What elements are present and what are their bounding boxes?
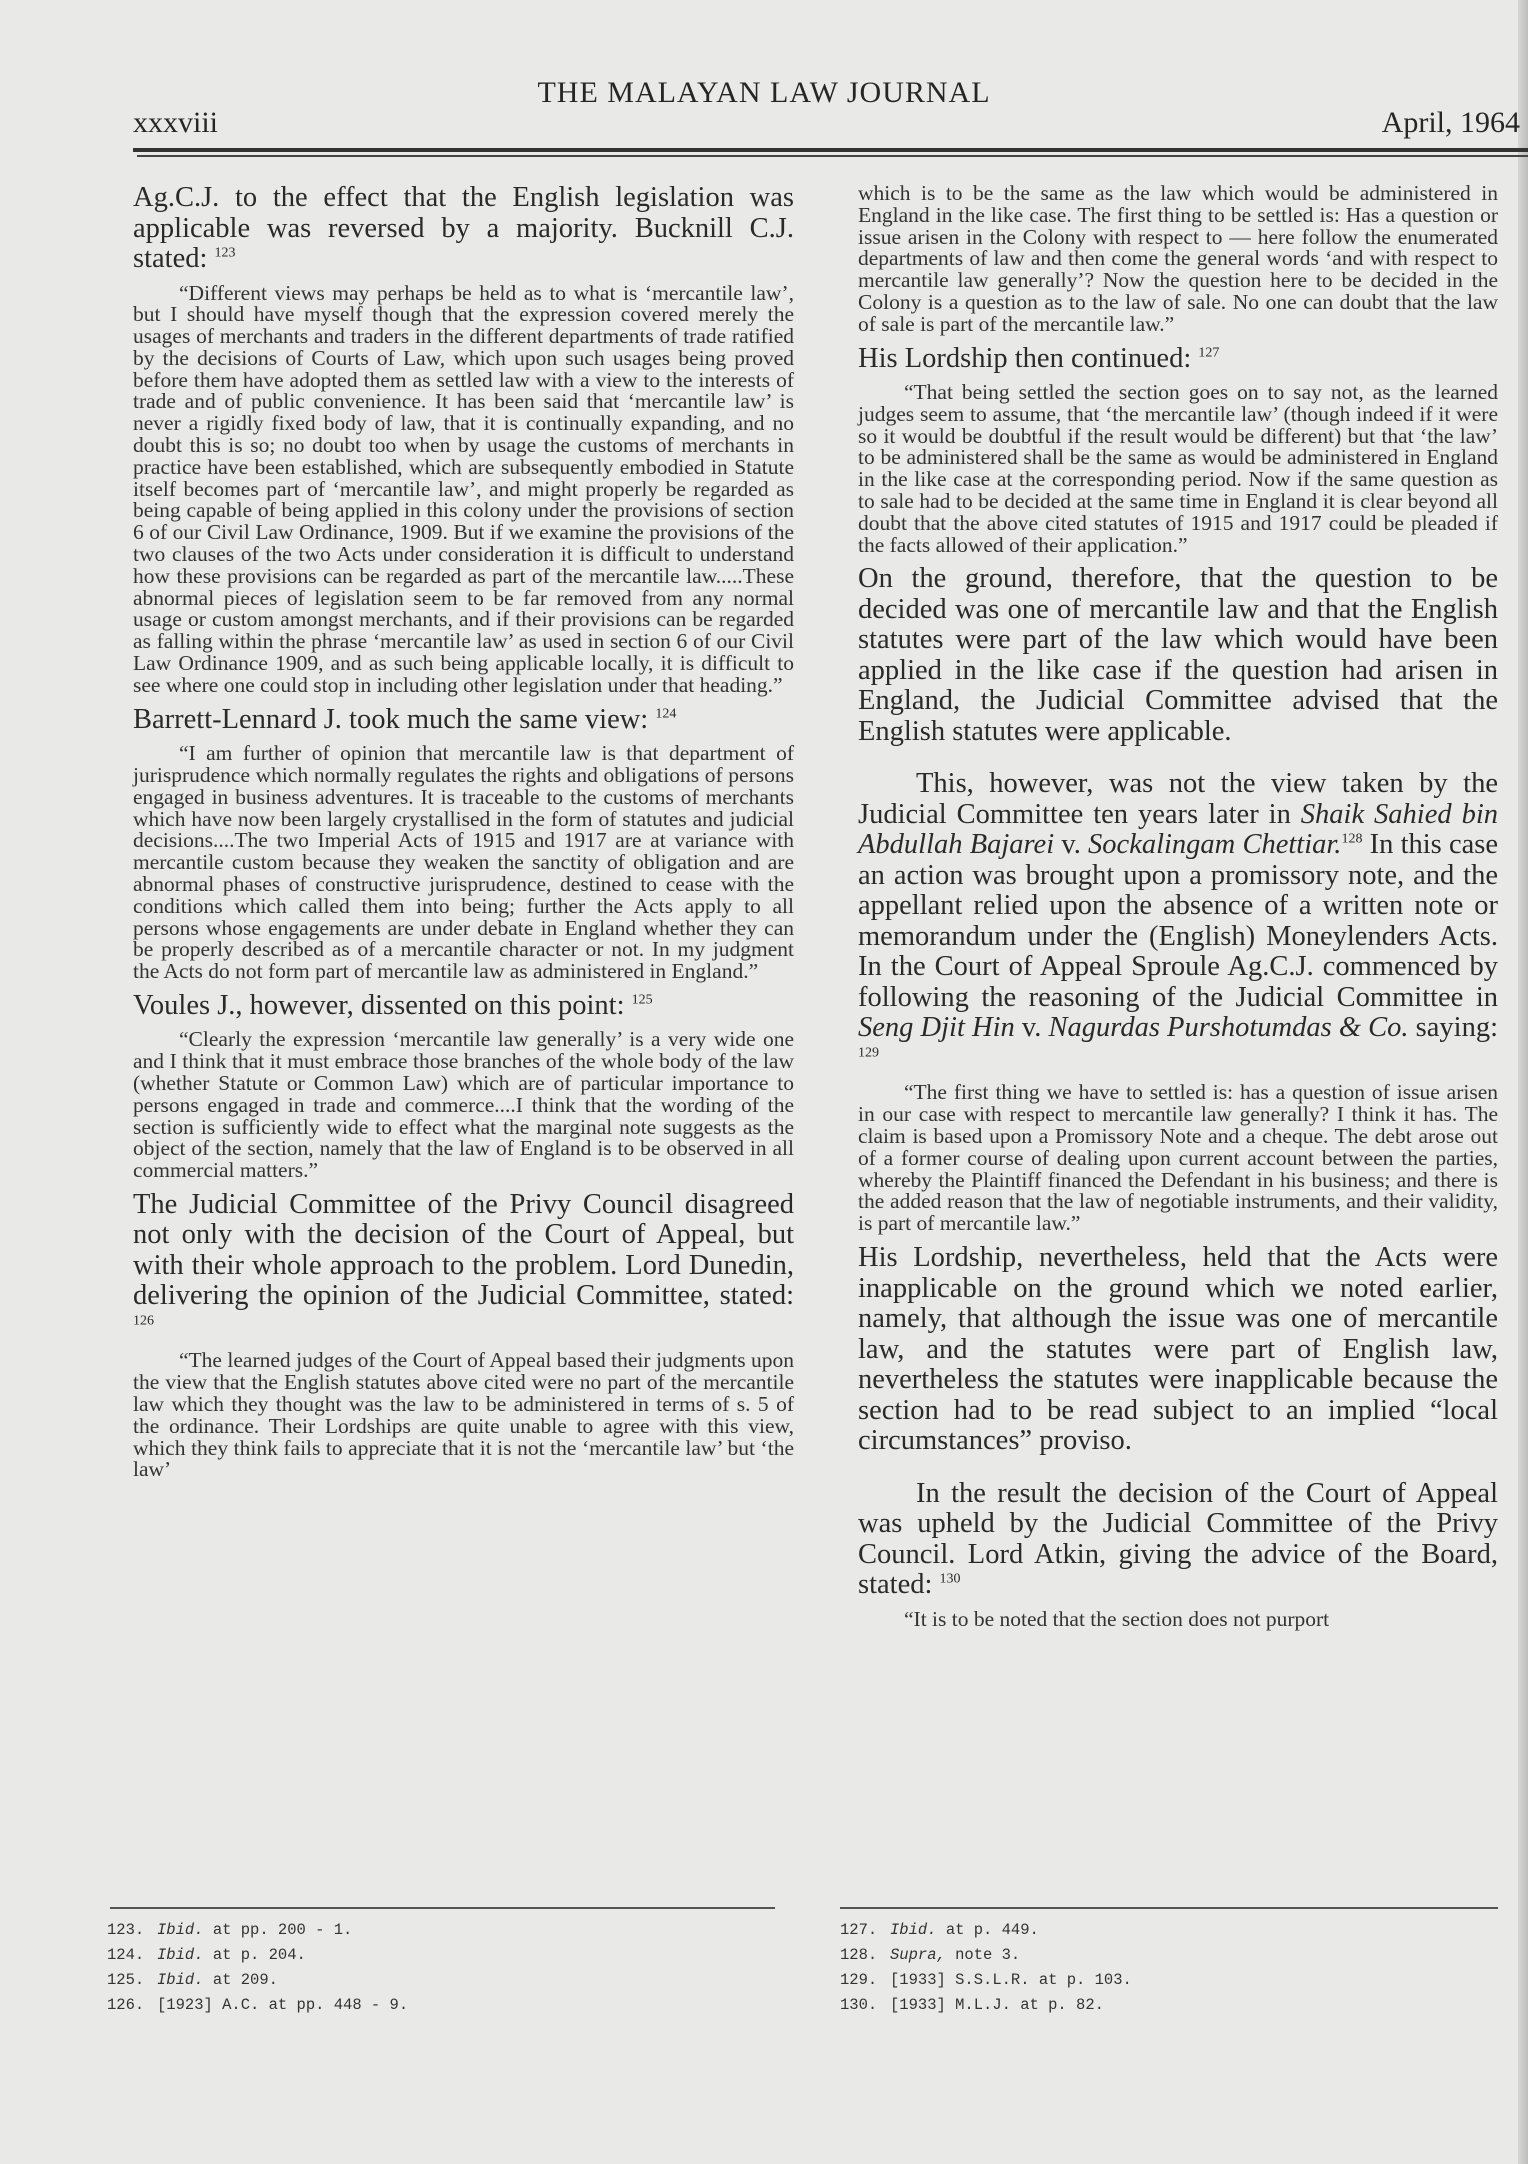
- footnote-ref[interactable]: 129: [858, 1045, 879, 1060]
- versus: v.: [1015, 1012, 1049, 1043]
- footnote-italic: Ibid.: [157, 1921, 204, 1939]
- paragraph: Ag.C.J. to the effect that the English l…: [133, 183, 794, 275]
- block-quote: “The learned judges of the Court of Appe…: [133, 1350, 794, 1481]
- footnote-text: note 3.: [946, 1946, 1020, 1964]
- case-name: Seng Djit Hin: [858, 1012, 1015, 1043]
- header-rule: [133, 148, 1528, 152]
- footnote-italic: Ibid.: [157, 1971, 204, 1989]
- paragraph: His Lordship, nevertheless, held that th…: [858, 1243, 1498, 1457]
- footnote: 123.Ibid. at pp. 200 - 1.: [107, 1918, 408, 1943]
- left-column: Ag.C.J. to the effect that the English l…: [133, 183, 794, 1489]
- footnote: 127.Ibid. at p. 449.: [840, 1918, 1132, 1943]
- case-name: Sockalingam Chettiar.: [1088, 829, 1341, 860]
- spacer: [858, 755, 1498, 769]
- spacer: [858, 1465, 1498, 1479]
- footnote-text: at 209.: [204, 1971, 278, 1989]
- footnote-text: [1923] A.C. at pp. 448 - 9.: [157, 1996, 408, 2014]
- paragraph: This, however, was not the view taken by…: [858, 769, 1498, 1074]
- paragraph-text: Barrett-Lennard J. took much the same vi…: [133, 704, 648, 735]
- footnote-ref[interactable]: 128: [1341, 832, 1362, 847]
- footnote: 124.Ibid. at p. 204.: [107, 1943, 408, 1968]
- footnote-ref[interactable]: 126: [133, 1313, 154, 1328]
- footnote: 130.[1933] M.L.J. at p. 82.: [840, 1993, 1132, 2018]
- paragraph-text: His Lordship then continued:: [858, 343, 1191, 374]
- footnote-italic: Ibid.: [157, 1946, 204, 1964]
- case-name: Nagurdas Pursho­tumdas & Co.: [1049, 1012, 1409, 1043]
- footnote-italic: Supra,: [890, 1946, 946, 1964]
- footnote-rule: [110, 1907, 775, 1909]
- footnote-number: 126.: [107, 1993, 157, 2018]
- footnote: 125.Ibid. at 209.: [107, 1968, 408, 1993]
- page-number: xxxviii: [133, 106, 218, 140]
- right-column: which is to be the same as the law which…: [858, 183, 1498, 1638]
- paragraph: His Lordship then continued: 127: [858, 344, 1498, 375]
- footnote-number: 129.: [840, 1968, 890, 1993]
- paragraph: The Judicial Committee of the Privy Coun…: [133, 1190, 794, 1343]
- footnote-ref[interactable]: 124: [655, 706, 676, 721]
- page-edge: [1518, 0, 1528, 2164]
- footnote-italic: Ibid.: [890, 1921, 937, 1939]
- footnote-text: at p. 449.: [937, 1921, 1039, 1939]
- paragraph: In the result the decision of the Court …: [858, 1479, 1498, 1601]
- footnote-number: 127.: [840, 1918, 890, 1943]
- footnote-number: 124.: [107, 1943, 157, 1968]
- versus: v.: [1054, 829, 1088, 860]
- footnote-text: at pp. 200 - 1.: [204, 1921, 353, 1939]
- paragraph: On the ground, therefore, that the quest…: [858, 564, 1498, 747]
- block-quote: “The first thing we have to settled is: …: [858, 1082, 1498, 1235]
- paragraph-text: The Judicial Committee of the Privy Coun…: [133, 1189, 794, 1312]
- footnote-number: 125.: [107, 1968, 157, 1993]
- journal-title: THE MALAYAN LAW JOURNAL: [0, 76, 1528, 110]
- footnote-text: [1933] M.L.J. at p. 82.: [890, 1996, 1104, 2014]
- paragraph-text: Voules J., however, dissented on this po…: [133, 990, 625, 1021]
- block-quote: “That being settled the section goes on …: [858, 382, 1498, 556]
- footnote-rule: [840, 1907, 1498, 1909]
- block-quote: “Different views may perhaps be held as …: [133, 283, 794, 697]
- paragraph-text: saying:: [1409, 1012, 1498, 1043]
- footnote-text: [1933] S.S.L.R. at p. 103.: [890, 1971, 1132, 1989]
- footnote: 126.[1923] A.C. at pp. 448 - 9.: [107, 1993, 408, 2018]
- footnote-ref[interactable]: 127: [1198, 345, 1219, 360]
- block-quote: “Clearly the expression ‘mercantile law …: [133, 1029, 794, 1182]
- footnotes-left: 123.Ibid. at pp. 200 - 1. 124.Ibid. at p…: [107, 1918, 408, 2018]
- footnote-ref[interactable]: 125: [632, 992, 653, 1007]
- block-quote: “I am further of opinion that mercantile…: [133, 743, 794, 983]
- footnote: 129.[1933] S.S.L.R. at p. 103.: [840, 1968, 1132, 1993]
- footnotes-right: 127.Ibid. at p. 449. 128.Supra, note 3. …: [840, 1918, 1132, 2018]
- footnote: 128.Supra, note 3.: [840, 1943, 1132, 1968]
- footnote-number: 123.: [107, 1918, 157, 1943]
- footnote-number: 130.: [840, 1993, 890, 2018]
- header-rule-thin: [137, 155, 1528, 157]
- block-quote: “It is to be noted that the section does…: [858, 1609, 1498, 1631]
- footnote-text: at p. 204.: [204, 1946, 306, 1964]
- footnote-number: 128.: [840, 1943, 890, 1968]
- block-quote-continued: which is to be the same as the law which…: [858, 183, 1498, 336]
- paragraph: Voules J., however, dissented on this po…: [133, 991, 794, 1022]
- footnote-ref[interactable]: 123: [215, 246, 236, 261]
- issue-date: April, 1964: [1382, 106, 1520, 140]
- footnote-ref[interactable]: 130: [940, 1572, 961, 1587]
- paragraph: Barrett-Lennard J. took much the same vi…: [133, 705, 794, 736]
